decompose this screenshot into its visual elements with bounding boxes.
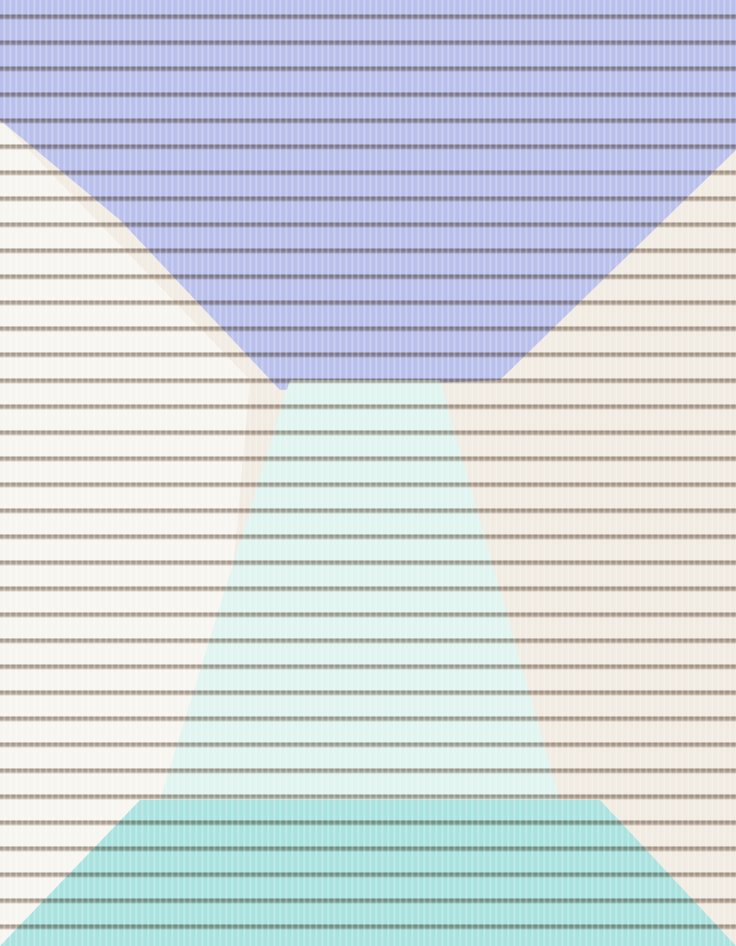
rug-photo: Close-up photograph of a handwoven shag … — [0, 0, 736, 946]
pile-texture — [0, 0, 736, 946]
